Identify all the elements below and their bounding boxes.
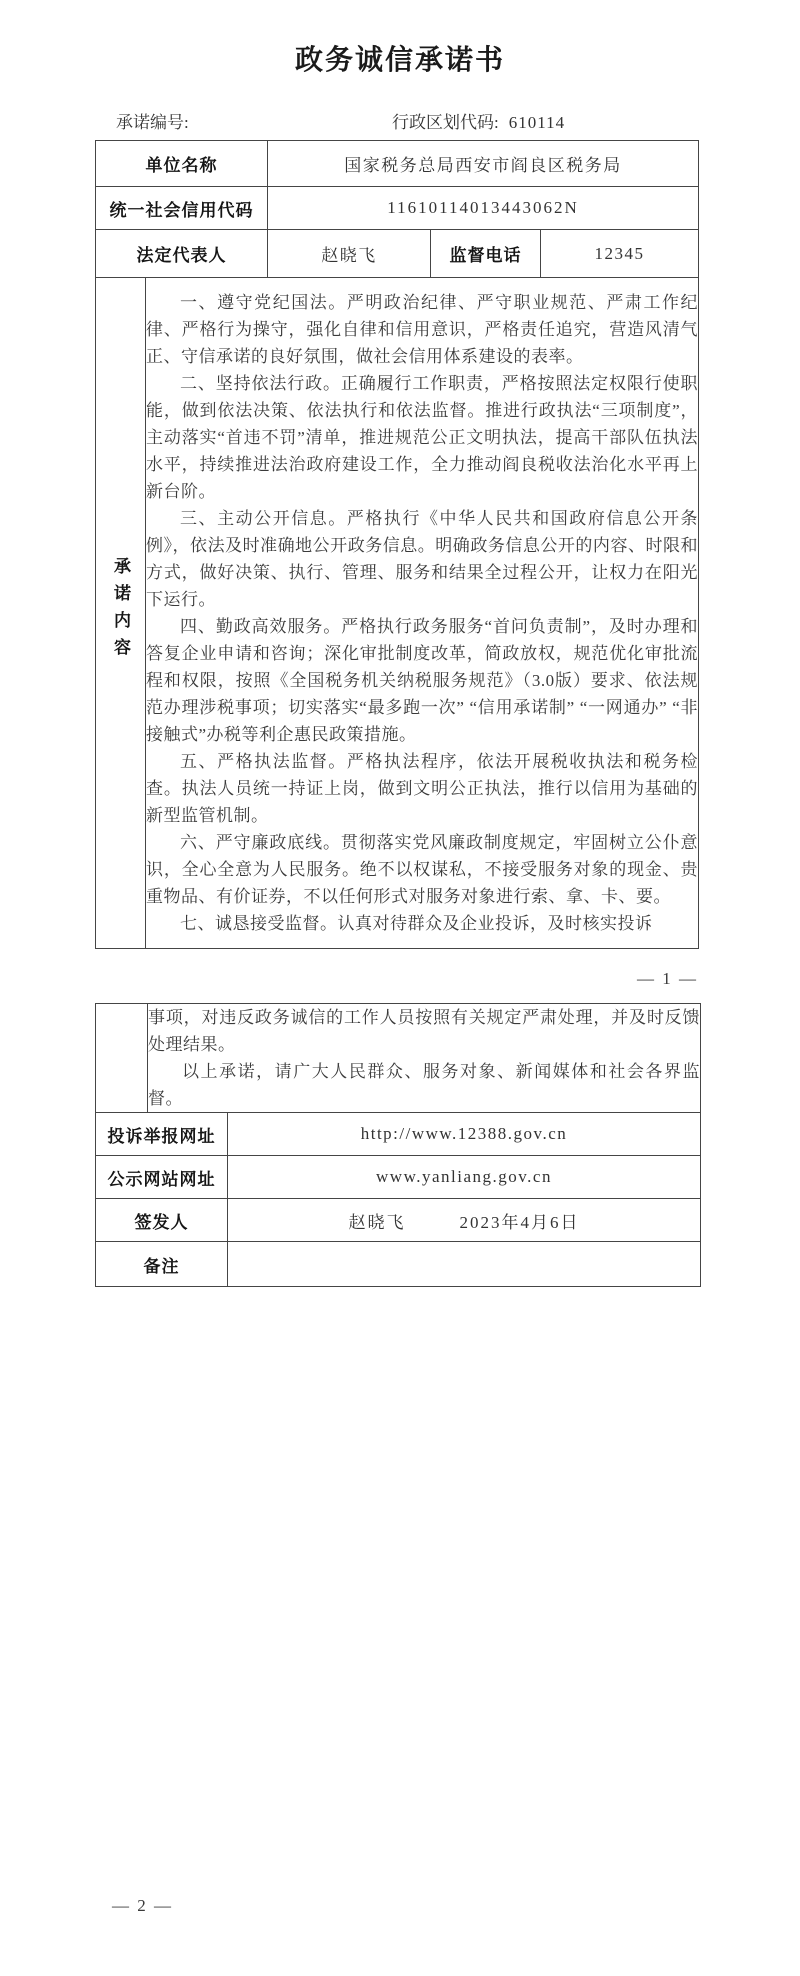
continuation-paragraph-2: 以上承诺，请广大人民群众、服务对象、新闻媒体和社会各界监督。 bbox=[148, 1058, 700, 1112]
commitment-paragraph-7: 七、诚恳接受监督。认真对待群众及企业投诉，及时核实投诉 bbox=[146, 910, 698, 937]
credit-code-value: 11610114013443062N bbox=[268, 187, 699, 230]
commitment-footer-table: 事项，对违反政务诚信的工作人员按照有关规定严肃处理，并及时反馈处理结果。 以上承… bbox=[95, 1003, 701, 1287]
region-code-label: 行政区划代码: bbox=[392, 113, 499, 132]
table-row-credit-code: 统一社会信用代码 11610114013443062N bbox=[96, 187, 699, 230]
continuation-paragraph-1: 事项，对违反政务诚信的工作人员按照有关规定严肃处理，并及时反馈处理结果。 bbox=[148, 1004, 700, 1058]
remark-label: 备注 bbox=[96, 1242, 228, 1287]
continuation-body: 事项，对违反政务诚信的工作人员按照有关规定严肃处理，并及时反馈处理结果。 以上承… bbox=[148, 1004, 701, 1113]
continuation-spacer-cell bbox=[96, 1004, 148, 1113]
legal-rep-value: 赵晓飞 bbox=[268, 230, 431, 278]
supervision-phone-value: 12345 bbox=[541, 230, 699, 278]
legal-rep-label: 法定代表人 bbox=[96, 230, 268, 278]
table-row-content-continuation: 事项，对违反政务诚信的工作人员按照有关规定严肃处理，并及时反馈处理结果。 以上承… bbox=[96, 1004, 701, 1113]
complaint-url-value: http://www.12388.gov.cn bbox=[228, 1113, 701, 1156]
signer-name: 赵晓飞 bbox=[349, 1208, 406, 1233]
public-url-label: 公示网站网址 bbox=[96, 1156, 228, 1199]
public-url-value: www.yanliang.gov.cn bbox=[228, 1156, 701, 1199]
table-row-commitment-content: 承诺内容 一、遵守党纪国法。严明政治纪律、严守职业规范、严肃工作纪律、严格行为操… bbox=[96, 278, 699, 949]
signer-label: 签发人 bbox=[96, 1199, 228, 1242]
region-code-value: 610114 bbox=[509, 113, 565, 132]
signer-value-cell: 赵晓飞2023年4月6日 bbox=[228, 1199, 701, 1242]
commitment-paragraph-3: 三、主动公开信息。严格执行《中华人民共和国政府信息公开条例》，依法及时准确地公开… bbox=[146, 505, 698, 613]
supervision-phone-label: 监督电话 bbox=[431, 230, 541, 278]
table-row-remark: 备注 bbox=[96, 1242, 701, 1287]
page-number-1: — 1 — bbox=[0, 969, 698, 989]
page-title: 政务诚信承诺书 bbox=[0, 38, 800, 78]
commitment-paragraph-2: 二、坚持依法行政。正确履行工作职责，严格按照法定权限行使职能，做到依法决策、依法… bbox=[146, 370, 698, 505]
credit-code-label: 统一社会信用代码 bbox=[96, 187, 268, 230]
commitment-paragraph-4: 四、勤政高效服务。严格执行政务服务“首问负责制”，及时办理和答复企业申请和咨询；… bbox=[146, 613, 698, 748]
signer-date: 2023年4月6日 bbox=[460, 1208, 580, 1233]
table-row-public-url: 公示网站网址 www.yanliang.gov.cn bbox=[96, 1156, 701, 1199]
document-page: 政务诚信承诺书 承诺编号: 行政区划代码:610114 单位名称 国家税务总局西… bbox=[0, 0, 800, 1976]
commitment-info-table: 单位名称 国家税务总局西安市阎良区税务局 统一社会信用代码 1161011401… bbox=[95, 140, 699, 949]
region-code: 行政区划代码:610114 bbox=[392, 108, 565, 133]
remark-value bbox=[228, 1242, 701, 1287]
table-row-legal-rep: 法定代表人 赵晓飞 监督电话 12345 bbox=[96, 230, 699, 278]
complaint-url-label: 投诉举报网址 bbox=[96, 1113, 228, 1156]
unit-name-label: 单位名称 bbox=[96, 141, 268, 187]
table-row-signer: 签发人 赵晓飞2023年4月6日 bbox=[96, 1199, 701, 1242]
commitment-content-body: 一、遵守党纪国法。严明政治纪律、严守职业规范、严肃工作纪律、严格行为操守，强化自… bbox=[146, 278, 699, 949]
table-row-complaint-url: 投诉举报网址 http://www.12388.gov.cn bbox=[96, 1113, 701, 1156]
commitment-paragraph-5: 五、严格执法监督。严格执法程序，依法开展税收执法和税务检查。执法人员统一持证上岗… bbox=[146, 748, 698, 829]
meta-line: 承诺编号: 行政区划代码:610114 bbox=[0, 108, 800, 134]
commitment-paragraph-1: 一、遵守党纪国法。严明政治纪律、严守职业规范、严肃工作纪律、严格行为操守，强化自… bbox=[146, 289, 698, 370]
page-number-2: — 2 — bbox=[112, 1896, 173, 1916]
promise-number-label: 承诺编号: bbox=[116, 108, 189, 133]
unit-name-value: 国家税务总局西安市阎良区税务局 bbox=[268, 141, 699, 187]
commitment-paragraph-6: 六、严守廉政底线。贯彻落实党风廉政制度规定，牢固树立公仆意识，全心全意为人民服务… bbox=[146, 829, 698, 910]
commitment-content-label: 承诺内容 bbox=[96, 278, 146, 949]
table-row-unit-name: 单位名称 国家税务总局西安市阎良区税务局 bbox=[96, 141, 699, 187]
